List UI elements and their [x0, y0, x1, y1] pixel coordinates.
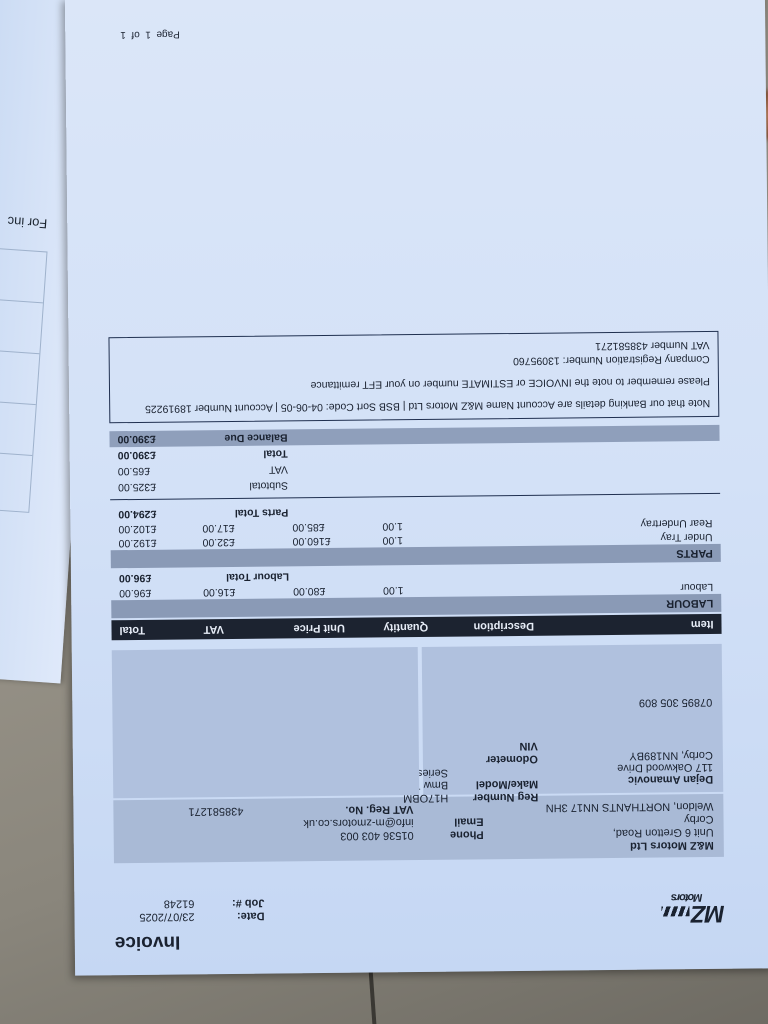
ghost-table: To — [0, 246, 48, 513]
vehicle-details: Reg Number H17OBM Make/Model Bmw 7 Serie… — [433, 740, 539, 804]
logo-stripes-icon — [662, 906, 690, 916]
remittance-note: Please remember to note the INVOICE or E… — [118, 374, 710, 394]
company-logo: MZ Motors — [660, 891, 725, 928]
customer-phone: 07895 305 809 — [432, 696, 712, 711]
company-details: M&Z Motors Ltd Unit 6 Gretton Road, Phon… — [113, 794, 724, 863]
totals-section: Subtotal£325.00 VAT£65.00 Total£390.00 B… — [109, 425, 720, 500]
invoice-header: MZ Motors Invoice Date: 23/07/2025 Job #… — [114, 857, 725, 963]
invoice-paper: MZ Motors Invoice Date: 23/07/2025 Job #… — [65, 0, 768, 976]
job-number: 61248 — [114, 897, 194, 910]
blank-panel — [112, 647, 420, 798]
subtotal: £325.00 — [118, 480, 198, 493]
page-number: Page 1 of 1 — [120, 28, 180, 40]
invoice: MZ Motors Invoice Date: 23/07/2025 Job #… — [65, 0, 768, 976]
invoice-date: 23/07/2025 — [114, 910, 194, 923]
grand-total: £390.00 — [118, 448, 198, 461]
customer-vehicle-section: Dejan Amanovic 117 Oakwood Drive Corby, … — [112, 644, 724, 798]
ghost-text: For inc — [7, 214, 48, 232]
invoice-meta: Date: 23/07/2025 Job #: 61248 — [114, 897, 264, 924]
company-vat: 438581271 — [123, 805, 243, 818]
customer-details: Dejan Amanovic 117 Oakwood Drive Corby, … — [422, 644, 724, 795]
company-phone: 01536 403 003 — [244, 829, 414, 843]
document-title: Invoice — [115, 931, 181, 954]
table-header: Item Description Quantity Unit Price VAT… — [111, 614, 721, 640]
company-email: info@m-zmotors.co.uk — [243, 816, 413, 830]
vat-total: £65.00 — [118, 464, 198, 477]
payment-notes: Note that our Banking details are Accoun… — [108, 331, 719, 423]
company-name: M&Z Motors Ltd — [484, 839, 714, 853]
banking-note: Note that our Banking details are Accoun… — [118, 396, 710, 416]
